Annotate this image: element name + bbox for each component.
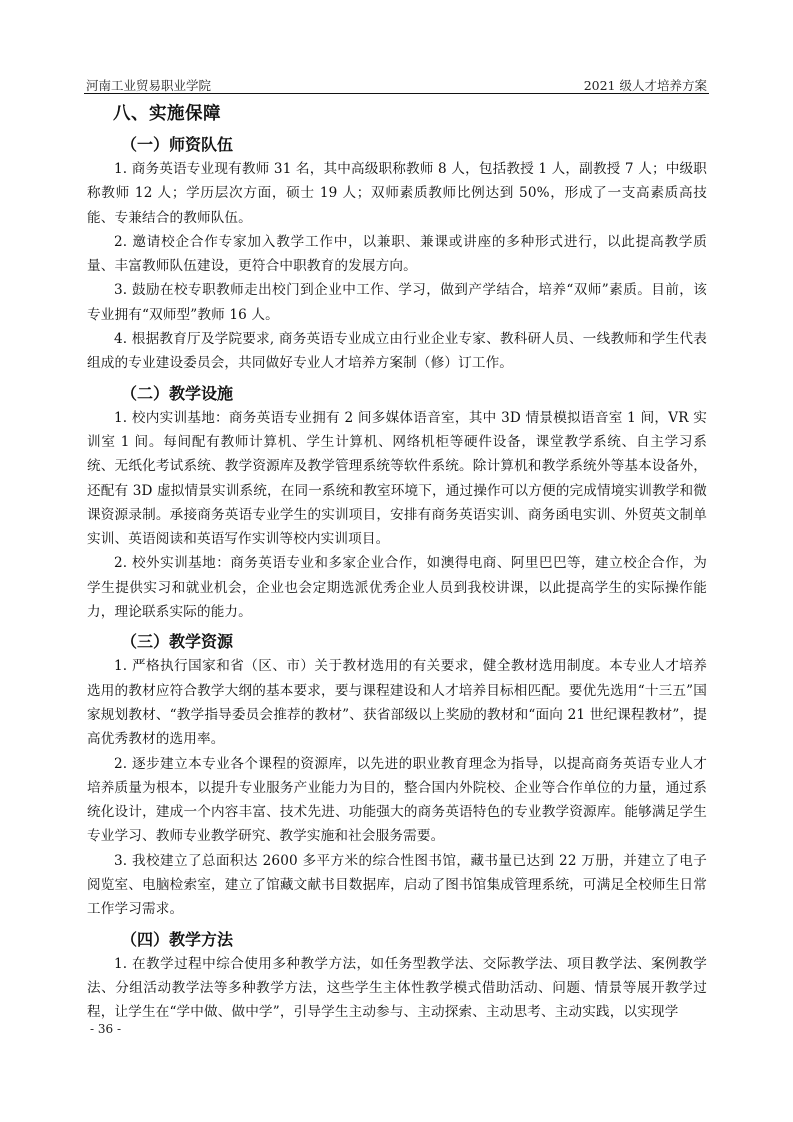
- paragraph: 1. 严格执行国家和省（区、市）关于教材选用的有关要求，健全教材选用制度。本专业…: [87, 654, 707, 751]
- paragraph: 1. 校内实训基地：商务英语专业拥有 2 间多媒体语音室，其中 3D 情景模拟语…: [87, 406, 707, 552]
- subsection-title-faculty: （一）师资队伍: [87, 133, 707, 157]
- page-header: 河南工业贸易职业学院 2021 级人才培养方案: [84, 75, 709, 93]
- subsection-title-methods: （四）教学方法: [87, 928, 707, 952]
- header-institution: 河南工业贸易职业学院: [86, 76, 211, 94]
- paragraph: 1. 在教学过程中综合使用多种教学方法，如任务型教学法、交际教学法、项目教学法、…: [87, 952, 707, 1025]
- subsection-title-facilities: （二）教学设施: [87, 382, 707, 406]
- page-number: - 36 -: [90, 1022, 121, 1036]
- paragraph: 1. 商务英语专业现有教师 31 名，其中高级职称教师 8 人，包括教授 1 人…: [87, 157, 707, 230]
- subsection-title-resources: （三）教学资源: [87, 630, 707, 654]
- paragraph: 2. 邀请校企合作专家加入教学工作中，以兼职、兼课或讲座的多种形式进行，以此提高…: [87, 230, 707, 279]
- paragraph: 3. 鼓励在校专职教师走出校门到企业中工作、学习，做到产学结合，培养“双师”素质…: [87, 278, 707, 327]
- paragraph: 2. 校外实训基地：商务英语专业和多家企业合作，如澳得电商、阿里巴巴等，建立校企…: [87, 551, 707, 624]
- header-rule-divider: [84, 93, 709, 94]
- page-content: 八、实施保障 （一）师资队伍 1. 商务英语专业现有教师 31 名，其中高级职称…: [87, 101, 707, 1025]
- paragraph: 2. 逐步建立本专业各个课程的资源库，以先进的职业教育理念为指导，以提高商务英语…: [87, 752, 707, 849]
- header-document-title: 2021 级人才培养方案: [584, 76, 707, 94]
- paragraph: 3. 我校建立了总面积达 2600 多平方米的综合性图书馆，藏书量已达到 22 …: [87, 849, 707, 922]
- section-title: 八、实施保障: [87, 101, 707, 127]
- paragraph: 4. 根据教育厅及学院要求, 商务英语专业成立由行业企业专家、教科研人员、一线教…: [87, 327, 707, 376]
